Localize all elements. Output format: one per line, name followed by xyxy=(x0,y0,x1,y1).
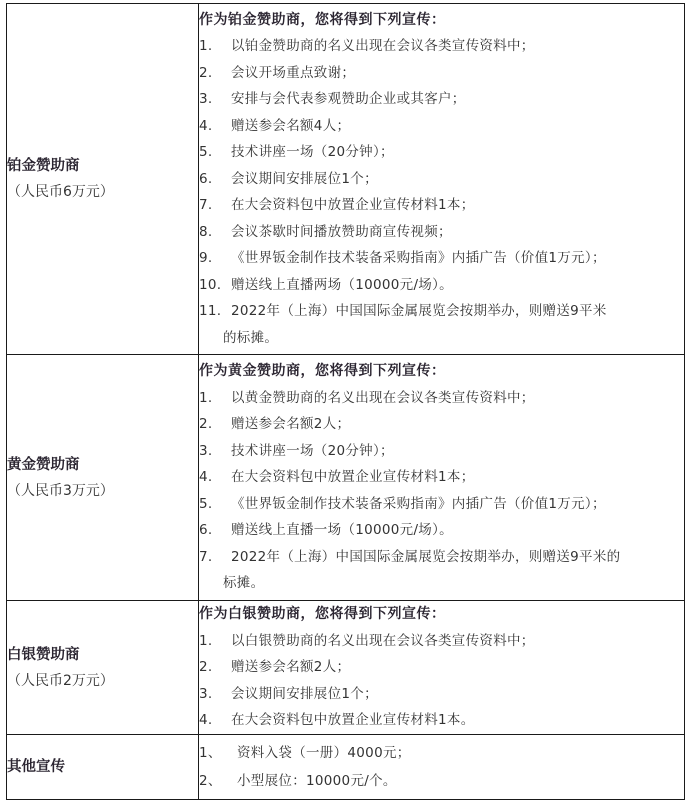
item-text: 在大会资料包中放置企业宣传材料1本。 xyxy=(231,707,684,734)
item-text: 2022年（上海）中国国际金属展览会按期举办，则赠送9平米的 xyxy=(231,544,684,571)
item-number: 2. xyxy=(199,411,231,438)
benefit-item: 2.赠送参会名额2人； xyxy=(199,654,684,681)
item-number: 7. xyxy=(199,544,231,571)
tier-row-platinum: 铂金赞助商 （人民币6万元） 作为铂金赞助商，您将得到下列宣传： 1.以铂金赞助… xyxy=(7,4,685,355)
benefit-item: 6.赠送线上直播一场（10000元/场）。 xyxy=(199,517,684,544)
benefit-item: 4.在大会资料包中放置企业宣传材料1本。 xyxy=(199,707,684,734)
item-number: 6. xyxy=(199,517,231,544)
sponsorship-table: 铂金赞助商 （人民币6万元） 作为铂金赞助商，您将得到下列宣传： 1.以铂金赞助… xyxy=(6,3,685,800)
item-number: 2、 xyxy=(199,767,237,795)
item-text: 《世界钣金制作技术装备采购指南》内插广告（价值1万元）； xyxy=(231,491,684,518)
benefit-item: 3.安排与会代表参观赞助企业或其客户； xyxy=(199,86,684,113)
item-number: 3. xyxy=(199,86,231,113)
tier-price: （人民币3万元） xyxy=(7,478,198,504)
item-number: 1. xyxy=(199,385,231,412)
benefit-item: 1、资料入袋（一册）4000元； xyxy=(199,739,684,767)
benefit-item: 5.《世界钣金制作技术装备采购指南》内插广告（价值1万元）； xyxy=(199,491,684,518)
item-text: 会议开场重点致谢； xyxy=(231,60,684,87)
tier-name: 黄金赞助商 xyxy=(7,452,198,478)
benefit-item: 7.在大会资料包中放置企业宣传材料1本； xyxy=(199,192,684,219)
item-text: 赠送参会名额4人； xyxy=(231,113,684,140)
item-text: 赠送线上直播一场（10000元/场）。 xyxy=(231,517,684,544)
benefits-cell: 作为黄金赞助商，您将得到下列宣传： 1.以黄金赞助商的名义出现在会议各类宣传资料… xyxy=(199,355,685,601)
benefits-cell: 作为铂金赞助商，您将得到下列宣传： 1.以铂金赞助商的名义出现在会议各类宣传资料… xyxy=(199,4,685,355)
item-text: 《世界钣金制作技术装备采购指南》内插广告（价值1万元）； xyxy=(231,245,684,272)
item-text: 以白银赞助商的名义出现在会议各类宣传资料中； xyxy=(231,628,684,655)
item-number: 4. xyxy=(199,464,231,491)
benefit-item: 5.技术讲座一场（20分钟）； xyxy=(199,139,684,166)
item-text: 在大会资料包中放置企业宣传材料1本； xyxy=(231,192,684,219)
item-text: 以铂金赞助商的名义出现在会议各类宣传资料中； xyxy=(231,33,684,60)
tier-label-cell: 铂金赞助商 （人民币6万元） xyxy=(7,4,199,355)
tier-label-cell: 黄金赞助商 （人民币3万元） xyxy=(7,355,199,601)
item-number: 6. xyxy=(199,166,231,193)
tier-name: 白银赞助商 xyxy=(7,642,198,668)
item-number: 4. xyxy=(199,707,231,734)
item-number: 3. xyxy=(199,438,231,465)
item-number: 4. xyxy=(199,113,231,140)
item-number: 7. xyxy=(199,192,231,219)
tier-label-cell: 其他宣传 xyxy=(7,735,199,800)
benefit-item: 6.会议期间安排展位1个； xyxy=(199,166,684,193)
item-text: 技术讲座一场（20分钟）； xyxy=(231,139,684,166)
item-text: 会议茶歇时间播放赞助商宣传视频； xyxy=(231,219,684,246)
item-text: 赠送线上直播两场（10000元/场）。 xyxy=(231,272,684,299)
item-text: 会议期间安排展位1个； xyxy=(231,681,684,708)
item-text: 安排与会代表参观赞助企业或其客户； xyxy=(231,86,684,113)
item-number: 5. xyxy=(199,491,231,518)
other-promotion-row: 其他宣传 1、资料入袋（一册）4000元； 2、小型展位：10000元/个。 xyxy=(7,735,685,800)
item-number: 3. xyxy=(199,681,231,708)
item-number: 10. xyxy=(199,272,231,299)
benefit-item: 1.以黄金赞助商的名义出现在会议各类宣传资料中； xyxy=(199,385,684,412)
tier-name: 其他宣传 xyxy=(7,754,198,780)
item-text: 2022年（上海）中国国际金属展览会按期举办，则赠送9平米 xyxy=(231,298,684,325)
benefit-item: 10.赠送线上直播两场（10000元/场）。 xyxy=(199,272,684,299)
item-text: 赠送参会名额2人； xyxy=(231,411,684,438)
item-number: 2. xyxy=(199,60,231,87)
benefit-item: 7.2022年（上海）中国国际金属展览会按期举办，则赠送9平米的 xyxy=(199,544,684,571)
benefit-item: 9.《世界钣金制作技术装备采购指南》内插广告（价值1万元）； xyxy=(199,245,684,272)
item-text: 会议期间安排展位1个； xyxy=(231,166,684,193)
tier-price: （人民币6万元） xyxy=(7,179,198,205)
item-text: 在大会资料包中放置企业宣传材料1本； xyxy=(231,464,684,491)
benefit-item: 3.技术讲座一场（20分钟）； xyxy=(199,438,684,465)
benefits-heading: 作为白银赞助商，您将得到下列宣传： xyxy=(199,601,684,628)
item-text: 技术讲座一场（20分钟）； xyxy=(231,438,684,465)
benefit-item: 2、小型展位：10000元/个。 xyxy=(199,767,684,795)
benefit-item: 4.赠送参会名额4人； xyxy=(199,113,684,140)
item-number: 2. xyxy=(199,654,231,681)
item-text: 资料入袋（一册）4000元； xyxy=(237,739,684,767)
benefits-cell: 作为白银赞助商，您将得到下列宣传： 1.以白银赞助商的名义出现在会议各类宣传资料… xyxy=(199,601,685,735)
benefits-heading: 作为黄金赞助商，您将得到下列宣传： xyxy=(199,358,684,385)
benefit-item: 8.会议茶歇时间播放赞助商宣传视频； xyxy=(199,219,684,246)
tier-price: （人民币2万元） xyxy=(7,668,198,694)
item-text: 赠送参会名额2人； xyxy=(231,654,684,681)
benefit-item: 1.以白银赞助商的名义出现在会议各类宣传资料中； xyxy=(199,628,684,655)
benefit-item: 3.会议期间安排展位1个； xyxy=(199,681,684,708)
item-text: 以黄金赞助商的名义出现在会议各类宣传资料中； xyxy=(231,385,684,412)
tier-label-cell: 白银赞助商 （人民币2万元） xyxy=(7,601,199,735)
benefit-item: 1.以铂金赞助商的名义出现在会议各类宣传资料中； xyxy=(199,33,684,60)
benefit-continuation: 标摊。 xyxy=(199,570,684,597)
tier-row-silver: 白银赞助商 （人民币2万元） 作为白银赞助商，您将得到下列宣传： 1.以白银赞助… xyxy=(7,601,685,735)
item-number: 11. xyxy=(199,298,231,325)
item-number: 1. xyxy=(199,33,231,60)
benefits-heading: 作为铂金赞助商，您将得到下列宣传： xyxy=(199,7,684,34)
tier-name: 铂金赞助商 xyxy=(7,153,198,179)
item-number: 8. xyxy=(199,219,231,246)
item-number: 5. xyxy=(199,139,231,166)
benefit-item: 4.在大会资料包中放置企业宣传材料1本； xyxy=(199,464,684,491)
benefit-item: 2.赠送参会名额2人； xyxy=(199,411,684,438)
tier-row-gold: 黄金赞助商 （人民币3万元） 作为黄金赞助商，您将得到下列宣传： 1.以黄金赞助… xyxy=(7,355,685,601)
item-text: 小型展位：10000元/个。 xyxy=(237,767,684,795)
benefit-item: 2.会议开场重点致谢； xyxy=(199,60,684,87)
item-number: 1. xyxy=(199,628,231,655)
item-number: 9. xyxy=(199,245,231,272)
benefit-item: 11.2022年（上海）中国国际金属展览会按期举办，则赠送9平米 xyxy=(199,298,684,325)
item-number: 1、 xyxy=(199,739,237,767)
benefit-continuation: 的标摊。 xyxy=(199,325,684,352)
benefits-cell: 1、资料入袋（一册）4000元； 2、小型展位：10000元/个。 xyxy=(199,735,685,800)
